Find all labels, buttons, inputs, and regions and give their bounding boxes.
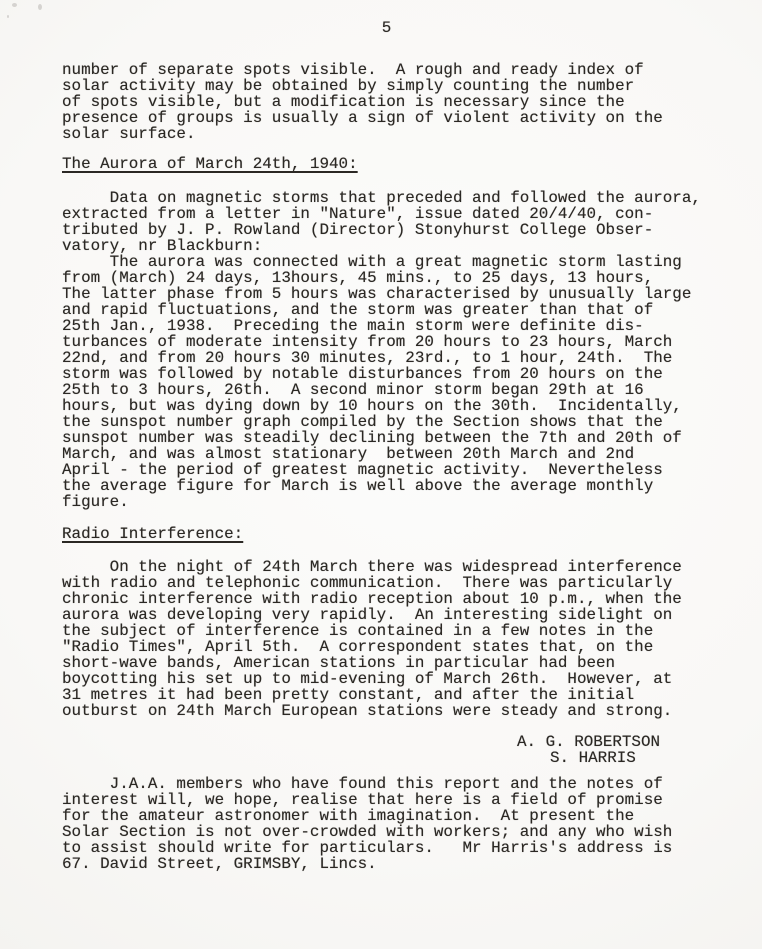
- closing-paragraph: J.A.A. members who have found this repor…: [62, 776, 712, 872]
- radio-section-body: On the night of 24th March there was wid…: [62, 559, 712, 719]
- scan-artifact: [12, 3, 17, 7]
- continuation-paragraph: number of separate spots visible. A roug…: [62, 62, 712, 142]
- scanned-document-page: 5 number of separate spots visible. A ro…: [0, 0, 762, 949]
- signature-block: A. G. ROBERTSON S. HARRIS: [517, 734, 712, 766]
- aurora-section-body: Data on magnetic storms that preceded an…: [62, 190, 712, 510]
- radio-section: Radio Interference:: [62, 525, 712, 543]
- scan-artifact: [7, 15, 9, 18]
- section-heading-aurora: The Aurora of March 24th, 1940:: [62, 156, 358, 172]
- signature-harris: S. HARRIS: [550, 750, 712, 766]
- page-number: 5: [62, 20, 712, 36]
- scan-artifact: [38, 4, 42, 10]
- section-heading-radio: Radio Interference:: [62, 526, 243, 542]
- signature-robertson: A. G. ROBERTSON: [517, 734, 712, 750]
- aurora-section: The Aurora of March 24th, 1940:: [62, 155, 712, 173]
